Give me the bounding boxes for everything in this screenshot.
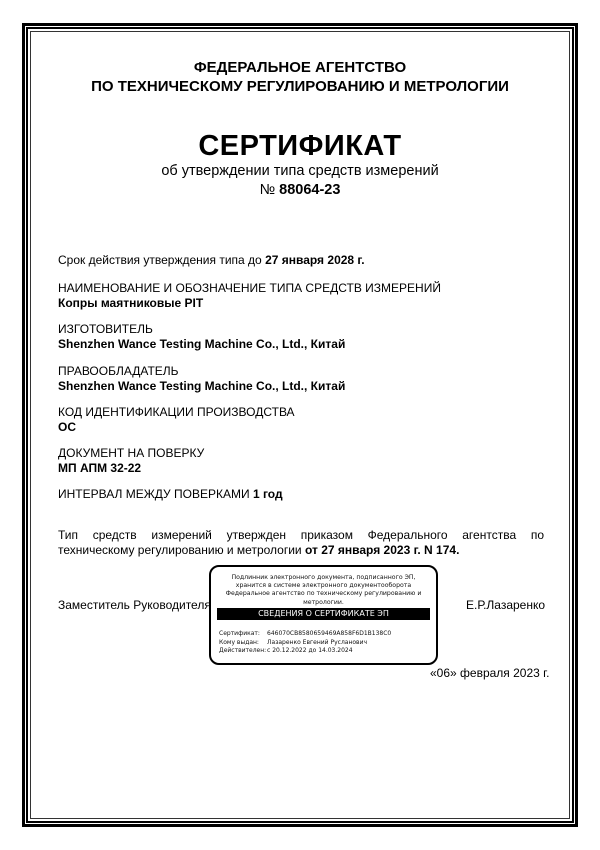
stamp-valid-value: с 20.12.2022 до 14.03.2024 <box>267 647 353 654</box>
stamp-details: Сертификат:646070CB8580659469A858F6D1B13… <box>219 630 430 656</box>
stamp-issued-to-value: Лазаренко Евгений Русланович <box>267 639 367 646</box>
document-title: СЕРТИФИКАТ <box>0 130 600 163</box>
field-value: Shenzhen Wance Testing Machine Co., Ltd.… <box>58 379 345 394</box>
agency-name-line-2: ПО ТЕХНИЧЕСКОМУ РЕГУЛИРОВАНИЮ И МЕТРОЛОГ… <box>0 77 600 96</box>
interval-value: 1 год <box>253 487 283 501</box>
stamp-certificate-label: Сертификат: <box>219 630 267 639</box>
field-label: ДОКУМЕНТ НА ПОВЕРКУ <box>58 446 204 461</box>
stamp-valid-label: Действителен: <box>219 647 267 656</box>
validity-label: Срок действия утверждения типа до <box>58 253 262 267</box>
signatory-name: Е.Р.Лазаренко <box>466 598 545 612</box>
field-label: ПРАВООБЛАДАТЕЛЬ <box>58 364 345 379</box>
order-text: Тип средств измерений утвержден приказом… <box>58 528 544 557</box>
stamp-valid-row: Действителен:с 20.12.2022 до 14.03.2024 <box>219 647 430 656</box>
stamp-banner: СВЕДЕНИЯ О СЕРТИФИКАТЕ ЭП <box>217 608 430 620</box>
stamp-issued-to-label: Кому выдан: <box>219 639 267 648</box>
stamp-intro-text: Подлинник электронного документа, подпис… <box>217 574 430 607</box>
stamp-certificate-row: Сертификат:646070CB8580659469A858F6D1B13… <box>219 630 430 639</box>
field-label: КОД ИДЕНТИФИКАЦИИ ПРОИЗВОДСТВА <box>58 405 295 420</box>
stamp-issued-to-row: Кому выдан:Лазаренко Евгений Русланович <box>219 639 430 648</box>
validity-line: Срок действия утверждения типа до 27 янв… <box>58 253 365 268</box>
document-subtitle: об утверждении типа средств измерений <box>0 163 600 179</box>
certificate-number-value: 88064-23 <box>279 182 340 198</box>
field-value: МП АПМ 32-22 <box>58 461 204 476</box>
validity-value: 27 января 2028 г. <box>265 253 365 267</box>
approval-order-paragraph: Тип средств измерений утвержден приказом… <box>58 528 544 558</box>
field-value: ОС <box>58 420 295 435</box>
field-verification-document: ДОКУМЕНТ НА ПОВЕРКУ МП АПМ 32-22 <box>58 446 204 476</box>
field-value: Копры маятниковые PIT <box>58 296 441 311</box>
number-sign: № <box>260 182 276 198</box>
field-manufacturer: ИЗГОТОВИТЕЛЬ Shenzhen Wance Testing Mach… <box>58 322 345 352</box>
field-label: ИЗГОТОВИТЕЛЬ <box>58 322 345 337</box>
signature-date: «06» февраля 2023 г. <box>430 666 549 680</box>
verification-interval: ИНТЕРВАЛ МЕЖДУ ПОВЕРКАМИ 1 год <box>58 487 283 502</box>
electronic-signature-stamp: Подлинник электронного документа, подпис… <box>209 565 438 665</box>
field-measuring-type: НАИМЕНОВАНИЕ И ОБОЗНАЧЕНИЕ ТИПА СРЕДСТВ … <box>58 281 441 311</box>
agency-name-line-1: ФЕДЕРАЛЬНОЕ АГЕНТСТВО <box>0 58 600 77</box>
stamp-certificate-value: 646070CB8580659469A858F6D1B138C0 <box>267 630 391 637</box>
order-reference: от 27 января 2023 г. N 174. <box>305 543 459 557</box>
certificate-number: № 88064-23 <box>0 182 600 198</box>
field-production-code: КОД ИДЕНТИФИКАЦИИ ПРОИЗВОДСТВА ОС <box>58 405 295 435</box>
field-value: Shenzhen Wance Testing Machine Co., Ltd.… <box>58 337 345 352</box>
field-label: НАИМЕНОВАНИЕ И ОБОЗНАЧЕНИЕ ТИПА СРЕДСТВ … <box>58 281 441 296</box>
interval-label: ИНТЕРВАЛ МЕЖДУ ПОВЕРКАМИ <box>58 487 250 501</box>
signatory-role: Заместитель Руководителя <box>58 598 211 612</box>
field-rights-holder: ПРАВООБЛАДАТЕЛЬ Shenzhen Wance Testing M… <box>58 364 345 394</box>
